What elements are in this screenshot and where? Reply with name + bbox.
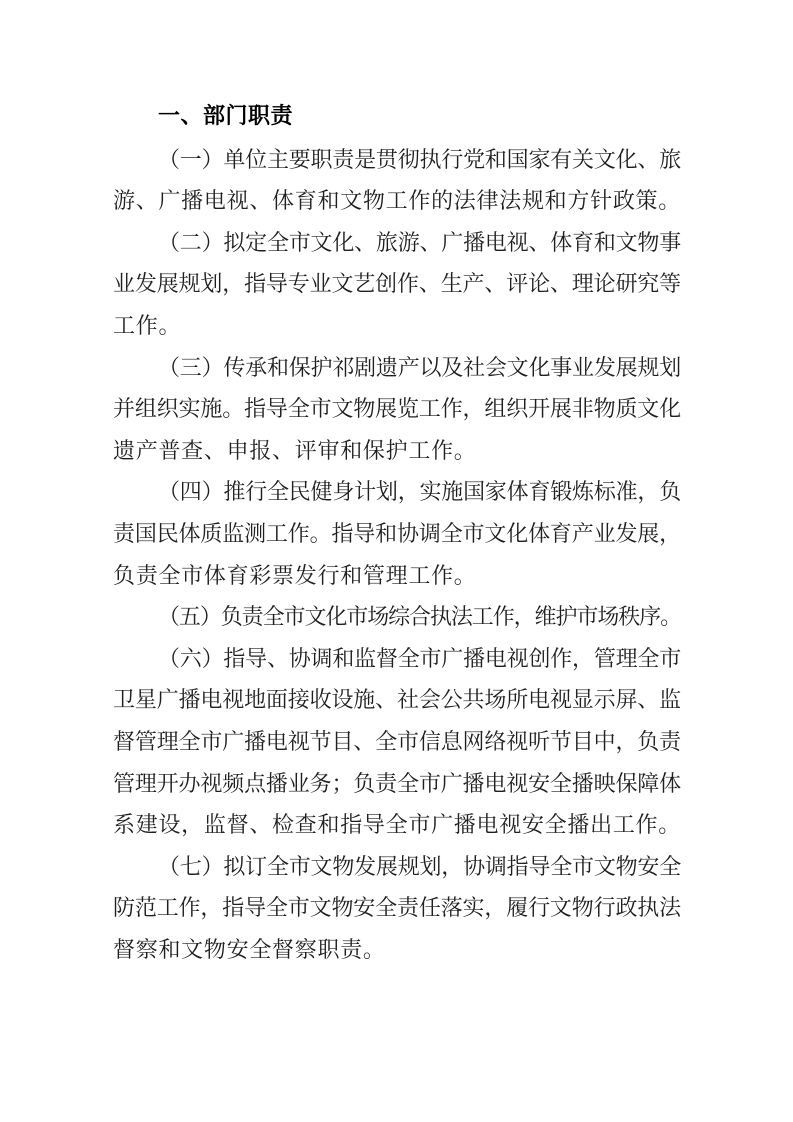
text-line: 督管理全市广播电视节目、全市信息网络视听节目中，负责 [113,721,681,763]
text-line: 游、广播电视、体育和文物工作的法律法规和方针政策。 [113,180,681,222]
text-line: （六）指导、协调和监督全市广播电视创作，管理全市 [113,638,681,680]
text-line: 系建设，监督、检查和指导全市广播电视安全播出工作。 [113,804,681,846]
text-line: 工作。 [113,305,681,347]
paragraph-3: （三）传承和保护祁剧遗产以及社会文化事业发展规划 并组织实施。指导全市文物展览工… [113,347,681,472]
text-line: 责国民体质监测工作。指导和协调全市文化体育产业发展， [113,513,681,555]
text-line: 遗产普查、申报、评审和保护工作。 [113,430,681,472]
text-line: （七）拟订全市文物发展规划，协调指导全市文物安全 [113,846,681,888]
text-line: （二）拟定全市文化、旅游、广播电视、体育和文物事 [113,222,681,264]
text-line: （五）负责全市文化市场综合执法工作，维护市场秩序。 [113,596,681,638]
text-line: 并组织实施。指导全市文物展览工作，组织开展非物质文化 [113,388,681,430]
text-line: （一）单位主要职责是贯彻执行党和国家有关文化、旅 [113,139,681,181]
paragraph-7: （七）拟订全市文物发展规划，协调指导全市文物安全 防范工作，指导全市文物安全责任… [113,846,681,971]
paragraph-6: （六）指导、协调和监督全市广播电视创作，管理全市 卫星广播电视地面接收设施、社会… [113,638,681,846]
text-line: 业发展规划，指导专业文艺创作、生产、评论、理论研究等 [113,263,681,305]
text-line: 管理开办视频点播业务；负责全市广播电视安全播映保障体 [113,763,681,805]
text-line: （四）推行全民健身计划，实施国家体育锻炼标准，负 [113,471,681,513]
document-page: 一、部门职责 （一）单位主要职责是贯彻执行党和国家有关文化、旅 游、广播电视、体… [0,0,793,1122]
paragraph-4: （四）推行全民健身计划，实施国家体育锻炼标准，负 责国民体质监测工作。指导和协调… [113,471,681,596]
text-line: （三）传承和保护祁剧遗产以及社会文化事业发展规划 [113,347,681,389]
text-line: 防范工作，指导全市文物安全责任落实，履行文物行政执法 [113,887,681,929]
text-line: 负责全市体育彩票发行和管理工作。 [113,555,681,597]
text-line: 督察和文物安全督察职责。 [113,929,681,971]
paragraph-5: （五）负责全市文化市场综合执法工作，维护市场秩序。 [113,596,681,638]
section-title: 一、部门职责 [113,95,681,137]
paragraph-1: （一）单位主要职责是贯彻执行党和国家有关文化、旅 游、广播电视、体育和文物工作的… [113,139,681,222]
text-line: 卫星广播电视地面接收设施、社会公共场所电视显示屏、监 [113,679,681,721]
paragraph-2: （二）拟定全市文化、旅游、广播电视、体育和文物事 业发展规划，指导专业文艺创作、… [113,222,681,347]
